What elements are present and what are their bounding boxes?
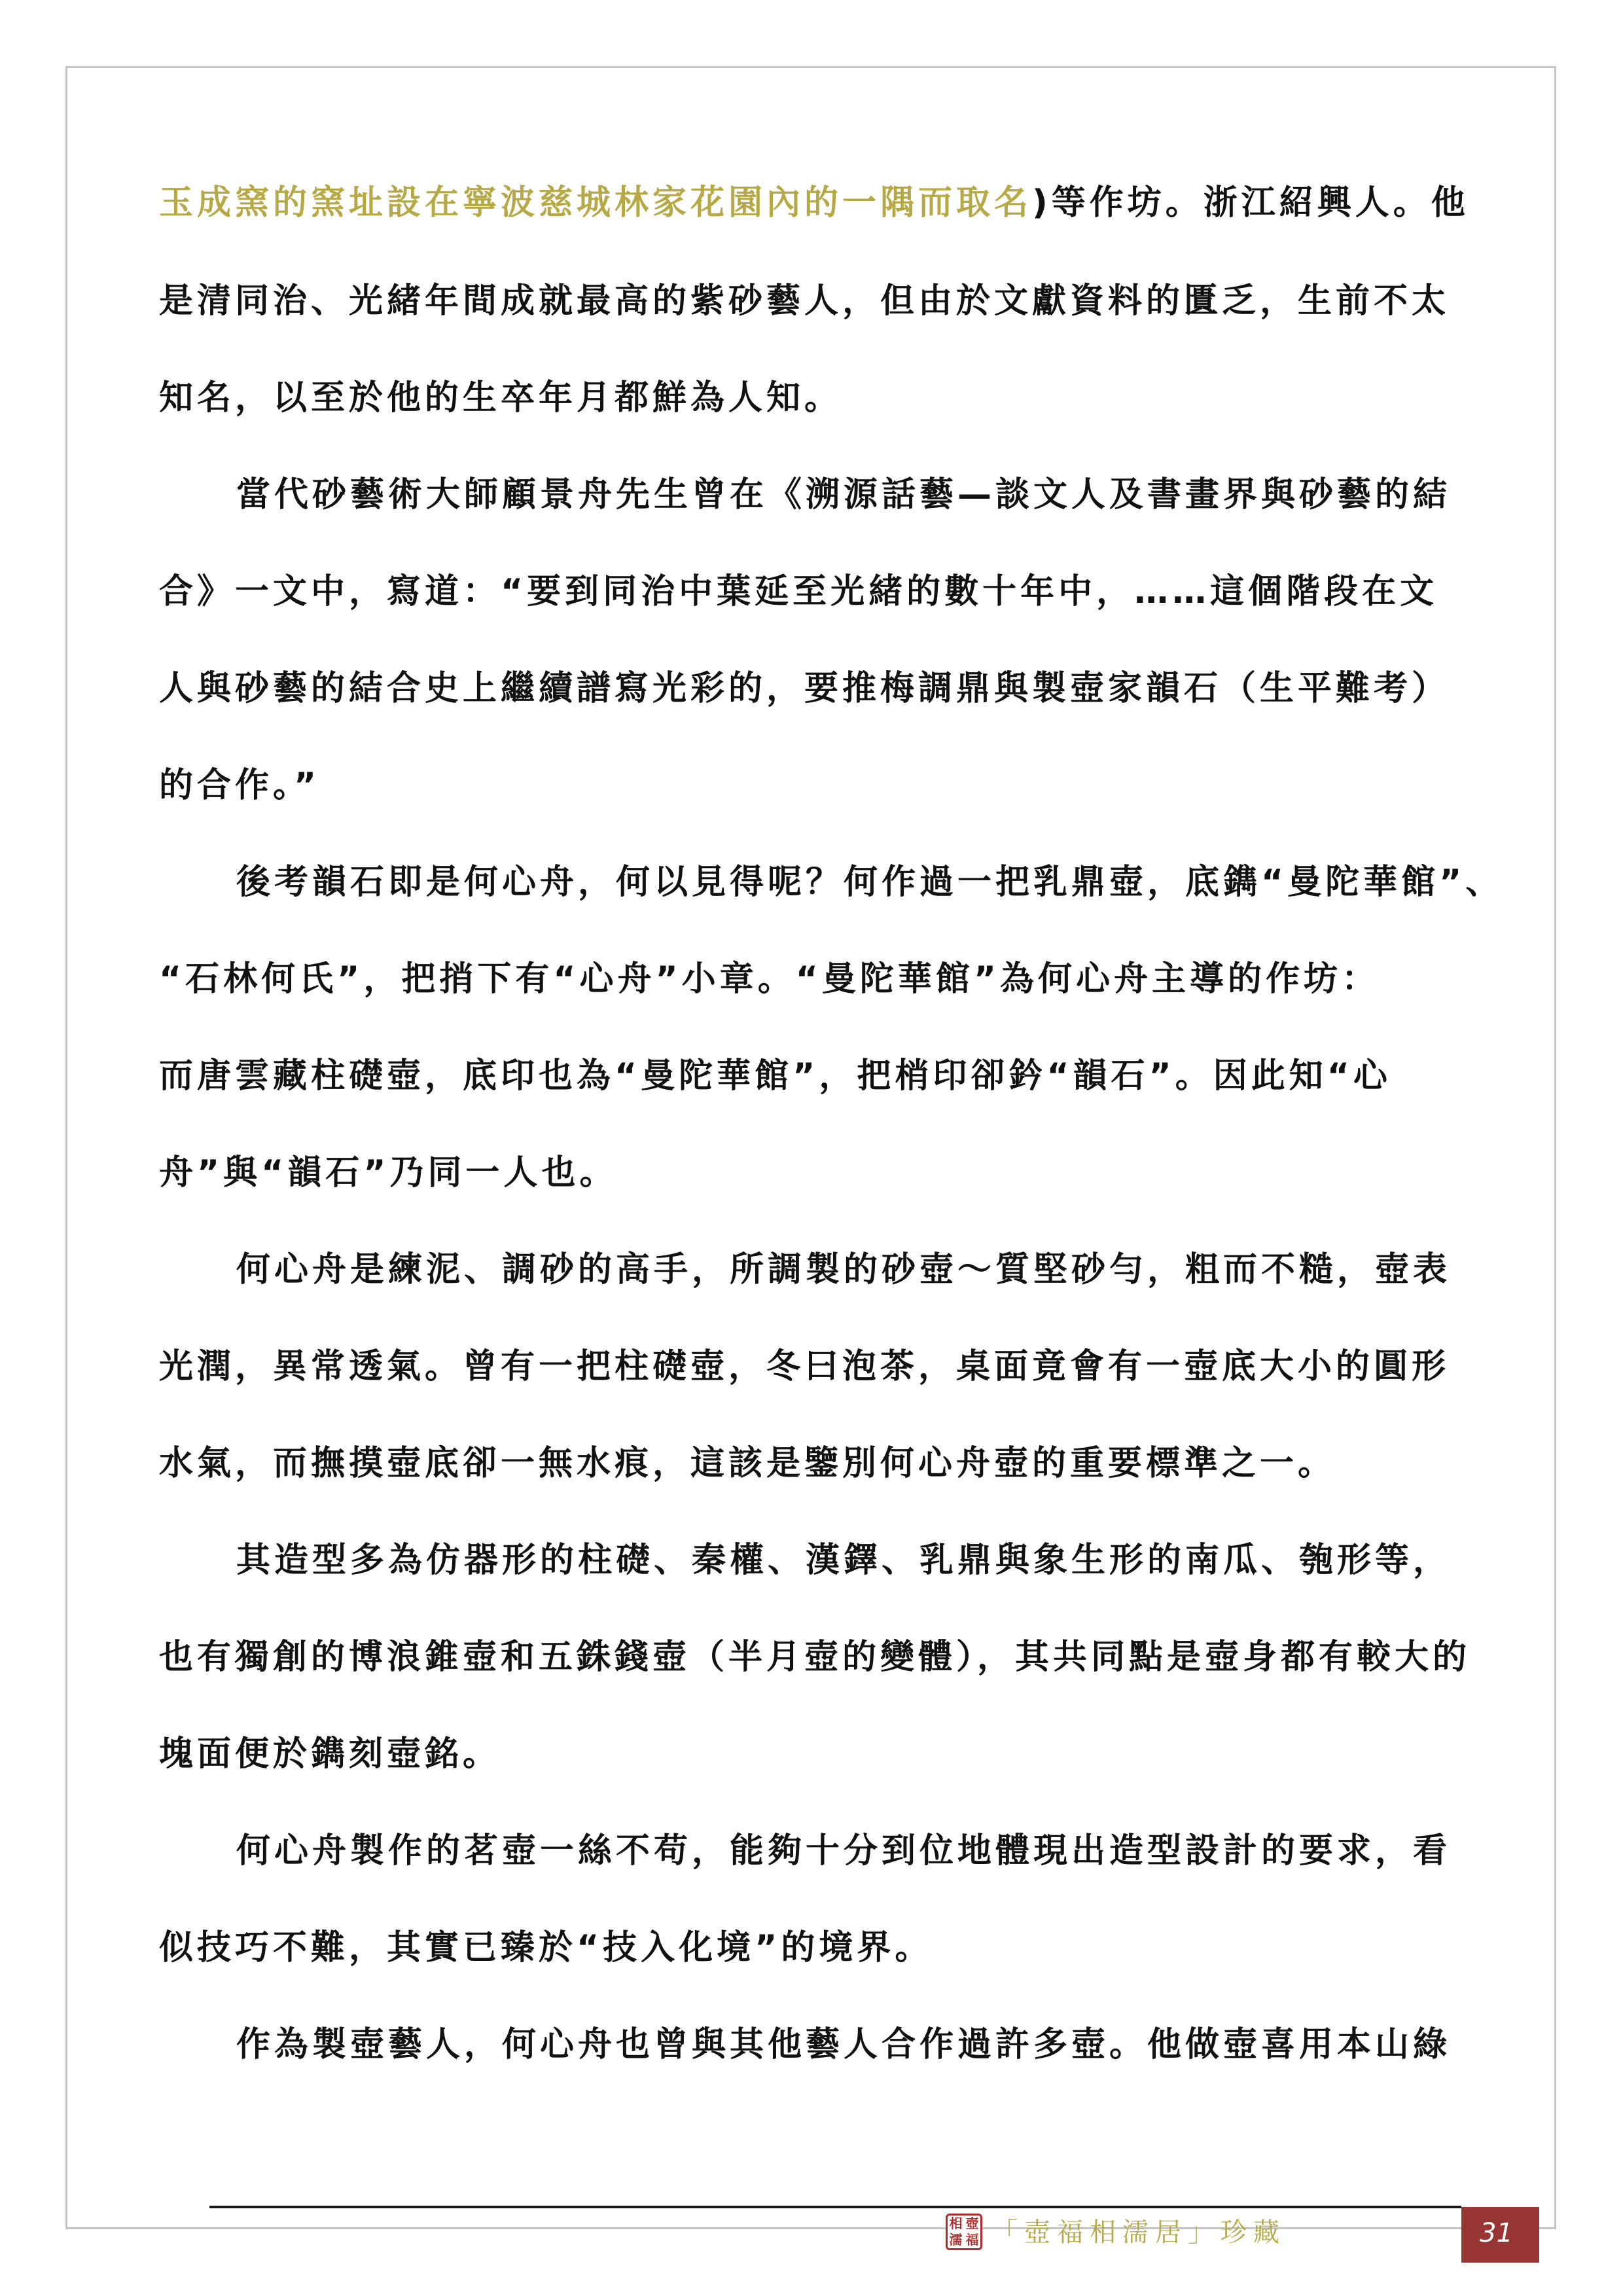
red-square-seal-icon: 相 壺 濡 福: [946, 2214, 982, 2250]
paragraph-start-line: 作為製壺藝人，何心舟也曾與其他藝人合作過許多壺。他做壺喜用本山綠: [236, 2025, 1451, 2064]
text-line: 而唐雲藏柱礎壺，底印也為“曼陀華館”，把梢印卻鈐“韻石”。因此知“心: [159, 1056, 1391, 1096]
paragraph-start-line: 何心舟是練泥、調砂的高手，所調製的砂壺～質堅砂勻，粗而不糙，壺表: [236, 1250, 1451, 1289]
text-line: 舟”與“韻石”乃同一人也。: [159, 1153, 618, 1193]
gold-highlight-text: 玉成窯的窯址設在寧波慈城林家花園內的一隅而取名: [159, 183, 1032, 223]
paragraph-start-line: 何心舟製作的茗壺一絲不苟，能夠十分到位地體現出造型設計的要求，看: [236, 1831, 1451, 1871]
paragraph-start-line: 後考韻石即是何心舟，何以見得呢？何作過一把乳鼎壺，底鐫“曼陀華館”、: [236, 863, 1503, 902]
text-line: 光潤，異常透氣。曾有一把柱礎壺，冬曰泡茶，桌面竟會有一壺底大小的圓形: [159, 1347, 1450, 1386]
footer-rule: [209, 2206, 1461, 2208]
footer-collection-title: 「壺福相濡居」珍藏: [991, 2215, 1286, 2250]
seal-char: 福: [964, 2232, 980, 2248]
seal-char: 濡: [948, 2232, 964, 2248]
text-line: 塊面便於鐫刻壺銘。: [159, 1734, 501, 1774]
text-line: 合》一文中，寫道：“要到同治中葉延至光緒的數十年中，……這個階段在文: [159, 572, 1438, 611]
text-line: 也有獨創的博浪錐壺和五銖錢壺（半月壺的變體），其共同點是壺身都有較大的: [159, 1638, 1471, 1677]
seal-char: 壺: [964, 2215, 980, 2232]
paragraph-start-line: 當代砂藝術大師顧景舟先生曾在《溯源話藝—談文人及書畫界與砂藝的結: [236, 475, 1451, 514]
page-number: 31: [1480, 2219, 1513, 2248]
text-line: 知名，以至於他的生卒年月都鮮為人知。: [159, 378, 842, 418]
text-line: 玉成窯的窯址設在寧波慈城林家花園內的一隅而取名)等作坊。浙江紹興人。他: [159, 183, 1469, 223]
text-line: 的合作。”: [159, 766, 320, 805]
text-line: 是清同治、光緒年間成就最高的紫砂藝人，但由於文獻資料的匱乏，生前不太: [159, 281, 1450, 321]
seal-char: 相: [948, 2215, 964, 2232]
paragraph-start-line: 其造型多為仿器形的柱礎、秦權、漢鐸、乳鼎與象生形的南瓜、匏形等，: [236, 1541, 1451, 1580]
page-number-badge: 31: [1461, 2207, 1539, 2263]
text-line: 人與砂藝的結合史上繼續譜寫光彩的，要推梅調鼎與製壺家韻石（生平難考）: [159, 669, 1450, 708]
text-line: 水氣，而撫摸壺底卻一無水痕，這該是鑒別何心舟壺的重要標準之一。: [159, 1444, 1336, 1483]
text-segment: )等作坊。浙江紹興人。他: [1032, 183, 1469, 223]
text-line: 似技巧不難，其實已臻於“技入化境”的境界。: [159, 1928, 933, 1967]
text-line: “石林何氏”，把捎下有“心舟”小章。“曼陀華館”為何心舟主導的作坊：: [159, 960, 1380, 999]
